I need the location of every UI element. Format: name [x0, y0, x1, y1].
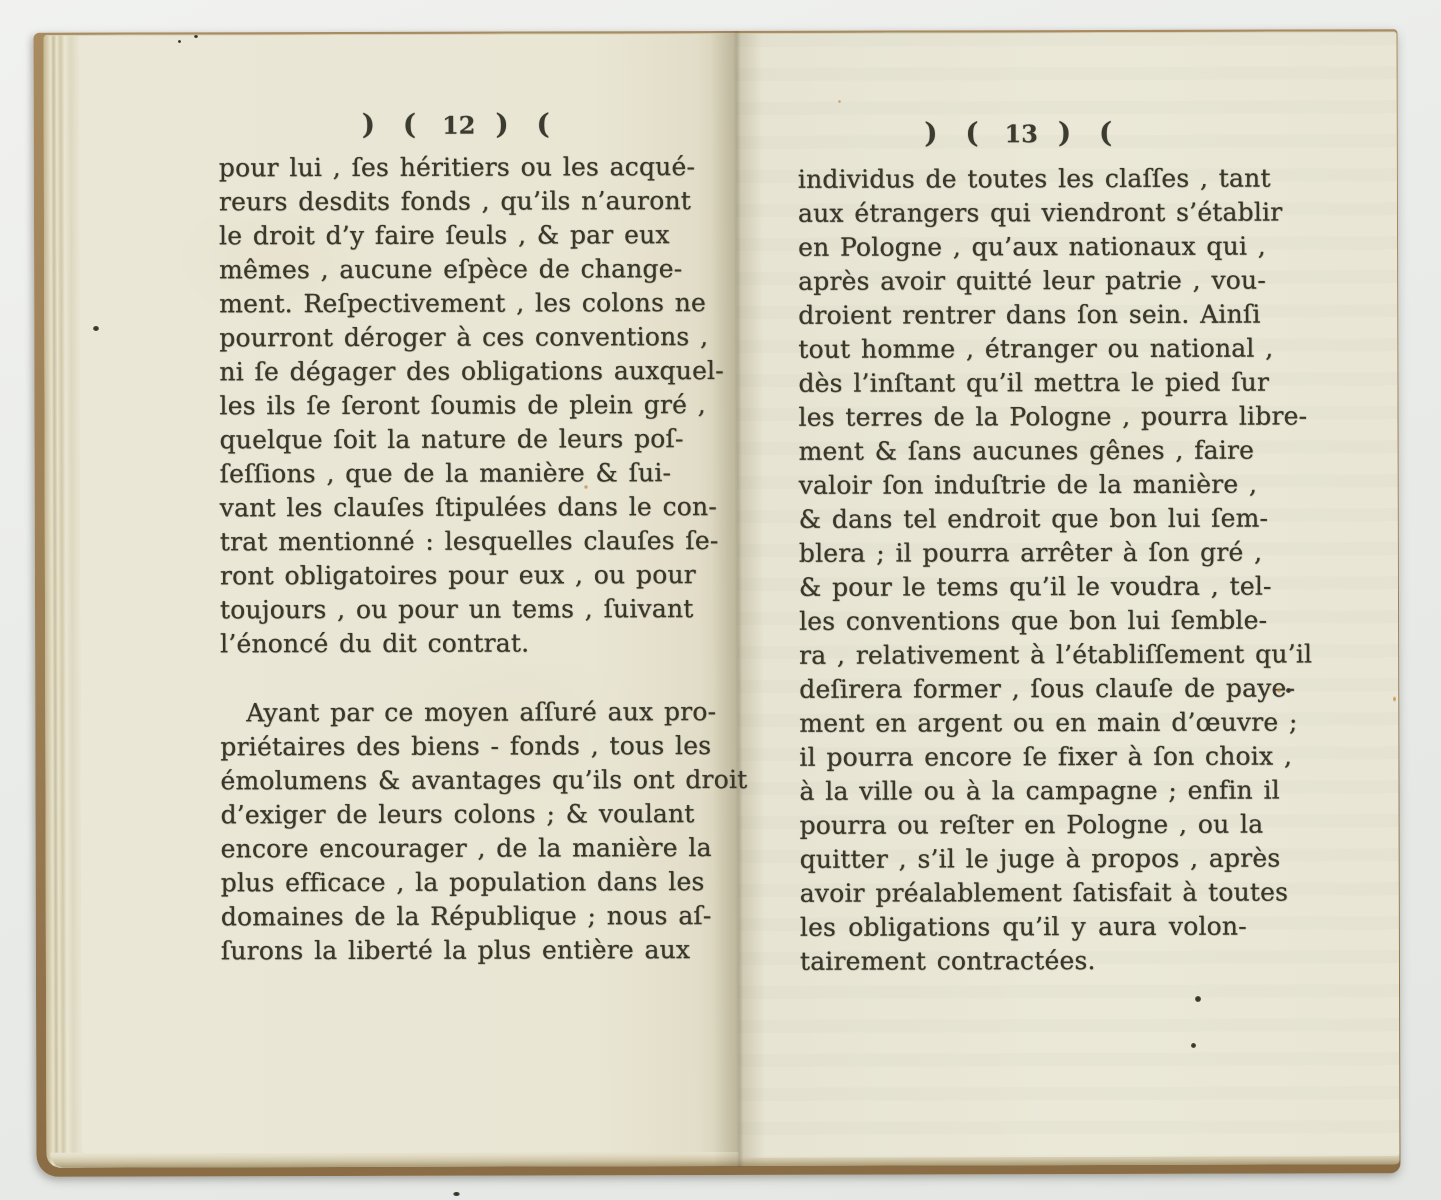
text-line: reurs desdits fonds , qu’ils n’auront: [219, 184, 661, 219]
paragraph: pour lui , ſes héritiers ou les acqué-re…: [219, 150, 662, 661]
header-ornament: ) (: [924, 116, 984, 149]
ink-speck: [1286, 688, 1291, 693]
ink-speck: [178, 40, 181, 43]
text-line: aux étrangers qui viendront s’établir: [798, 196, 1245, 231]
text-line: priétaires des biens - fonds , tous les: [220, 729, 662, 764]
text-line: droient rentrer dans ſon sein. Ainſi: [798, 298, 1245, 333]
text-line: ment & ſans aucunes gênes , faire: [799, 434, 1246, 469]
text-line: vant les clauſes ſtipulées dans le con-: [220, 490, 662, 525]
text-line: ra , relativement à l’établiſſement qu’i…: [799, 638, 1246, 673]
text-line: en Pologne , qu’aux nationaux qui ,: [798, 230, 1245, 265]
text-line: ment en argent ou en main d’œuvre ;: [799, 706, 1246, 741]
text-line: ment. Reſpectivement , les colons ne: [219, 286, 661, 321]
ink-speck: [453, 1192, 460, 1196]
text-line: toujours , ou pour un tems , ſuivant: [220, 592, 662, 627]
foxing-speck: [1277, 687, 1281, 693]
open-book: ) ( 12 ) ( ) ( 13 ) ( pour lui , ſes hér…: [34, 29, 1401, 1177]
text-line: quitter , s’il le juge à propos , après: [800, 842, 1247, 877]
ink-speck: [93, 326, 99, 331]
ink-speck: [194, 35, 198, 38]
text-line: les ils ſe ſeront ſoumis de plein gré ,: [219, 388, 661, 423]
foxing-speck: [838, 100, 841, 103]
text-line: l’énoncé du dit contrat.: [220, 626, 662, 661]
text-line: ſurons la liberté la plus entière aux: [221, 933, 663, 968]
text-line: mêmes , aucune eſpèce de change-: [219, 252, 661, 287]
page-number: 12: [442, 111, 475, 140]
text-line: ront obligatoires pour eux , ou pour: [220, 558, 662, 593]
text-line: Ayant par ce moyen aſſuré aux pro-: [220, 695, 662, 730]
text-line: deſirera former , ſous clauſe de paye-: [799, 672, 1246, 707]
right-page-header: ) ( 13 ) (: [798, 116, 1245, 150]
text-line: les terres de la Pologne , pourra libre-: [798, 400, 1245, 435]
text-line: d’exiger de leurs colons ; & voulant: [221, 797, 663, 832]
header-ornament: ) (: [1058, 116, 1118, 149]
text-line: encore encourager , de la manière la: [221, 831, 663, 866]
text-line: les obligations qu’il y aura volon-: [800, 910, 1247, 945]
text-line: pourra ou reſter en Pologne , ou la: [800, 808, 1247, 843]
text-line: individus de toutes les claſſes , tant: [798, 162, 1245, 197]
paragraph: individus de toutes les claſſes , tantau…: [798, 162, 1247, 979]
text-line: avoir préalablement ſatisfait à toutes: [800, 876, 1247, 911]
text-line: valoir ſon induſtrie de la manière ,: [799, 468, 1246, 503]
text-line: quelque ſoit la nature de leurs poſ-: [220, 422, 662, 457]
text-line: après avoir quitté leur patrie , vou-: [798, 264, 1245, 299]
header-ornament: ) (: [362, 108, 422, 141]
foxing-speck: [584, 485, 588, 489]
text-line: le droit d’y faire ſeuls , & par eux: [219, 218, 661, 253]
text-line: pour lui , ſes héritiers ou les acqué-: [219, 150, 661, 185]
ink-speck: [1195, 996, 1201, 1002]
text-line: émolumens & avantages qu’ils ont droit: [220, 763, 662, 798]
page-edges-left: [44, 36, 82, 1168]
text-line: ſeſſions , que de la manière & ſui-: [220, 456, 662, 491]
text-line: pourront déroger à ces conventions ,: [219, 320, 661, 355]
text-line: & dans tel endroit que bon lui ſem-: [799, 502, 1246, 537]
ink-speck: [1191, 1043, 1196, 1048]
right-page-text: individus de toutes les claſſes , tantau…: [798, 162, 1247, 979]
text-line: tairement contractées.: [800, 944, 1247, 979]
paragraph: Ayant par ce moyen aſſuré aux pro-priéta…: [220, 695, 663, 968]
page-number: 13: [1005, 119, 1038, 148]
scanned-book-photo: ) ( 12 ) ( ) ( 13 ) ( pour lui , ſes hér…: [0, 0, 1441, 1200]
text-line: trat mentionné : lesquelles clauſes ſe-: [220, 524, 662, 559]
text-line: domaines de la République ; nous aſ-: [221, 899, 663, 934]
left-page-text: pour lui , ſes héritiers ou les acqué-re…: [219, 150, 663, 968]
left-page-header: ) ( 12 ) (: [234, 107, 684, 141]
text-line: ni ſe dégager des obligations auxquel-: [219, 354, 661, 389]
text-line: les conventions que bon lui ſemble-: [799, 604, 1246, 639]
text-line: il pourra encore ſe fixer à ſon choix ,: [799, 740, 1246, 775]
text-line: blera ; il pourra arrêter à ſon gré ,: [799, 536, 1246, 571]
text-line: & pour le tems qu’il le voudra , tel-: [799, 570, 1246, 605]
text-line: tout homme , étranger ou national ,: [798, 332, 1245, 367]
text-line: à la ville ou à la campagne ; enfin il: [799, 774, 1246, 809]
header-ornament: ) (: [495, 107, 555, 140]
text-line: plus efficace , la population dans les: [221, 865, 663, 900]
foxing-speck: [1393, 696, 1396, 702]
text-line: dès l’inſtant qu’il mettra le pied ſur: [798, 366, 1245, 401]
